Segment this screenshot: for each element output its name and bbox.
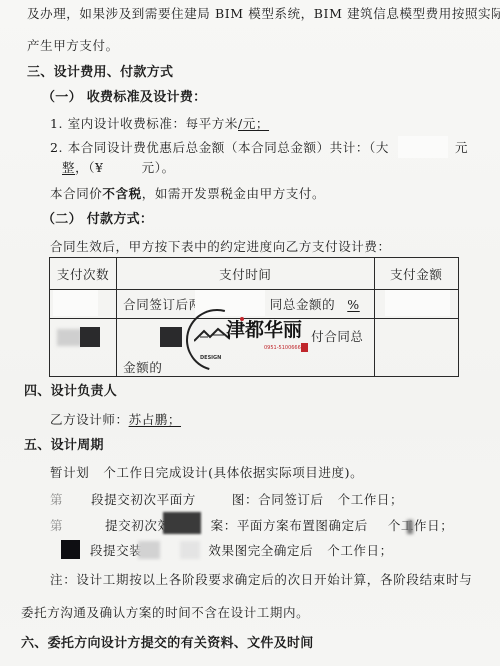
redaction-stage3-num: [61, 540, 80, 559]
total-amount-zheng: 整: [62, 160, 75, 175]
total-amount-cont: 整，（¥元）。: [62, 160, 175, 176]
redaction-row2-count-blur: [57, 329, 82, 346]
redaction-stage3-blur2: [180, 541, 200, 559]
redaction-stage3-blur: [138, 541, 160, 559]
header-payment-count: 支付次数: [50, 258, 117, 290]
row1-time-c: %: [347, 297, 359, 312]
section-5-heading: 五、设计周期: [24, 438, 104, 454]
schedule-plan-b: 个工作日完成设计(具体依据实际项目进度)。: [103, 465, 363, 480]
stage2-c: 案：平面方案布置图确定后: [211, 518, 368, 533]
section-3-heading: 三、设计费用、付款方式: [27, 65, 173, 81]
fee-standard-item: 1. 室内设计收费标准：每平方米/元；: [50, 116, 269, 132]
watermark-design-label: DESIGN: [200, 355, 221, 361]
stage3-d: 个工作日；: [327, 543, 393, 558]
schedule-plan: 暂计划个工作日完成设计(具体依据实际项目进度)。: [50, 465, 363, 481]
stage2-a: 第: [50, 518, 63, 533]
redaction-row2-count: [80, 327, 100, 347]
header-payment-amount: 支付金额: [374, 258, 458, 290]
fee-standard-unit: /元；: [238, 116, 269, 131]
watermark-seal-icon: [301, 343, 308, 352]
stage1-d: 个工作日；: [338, 492, 404, 507]
tax-note-bold: 不含税: [102, 186, 141, 201]
schedule-plan-a: 暂计划: [50, 465, 89, 480]
total-amount-yen: ，（¥: [75, 160, 104, 175]
stage2-d: 个工作日；: [388, 518, 454, 533]
row2-amount: [374, 319, 458, 377]
designer-label: 乙方设计师：: [50, 412, 129, 427]
paragraph-bim-cost-cont: 产生甲方支付。: [27, 38, 119, 54]
total-amount-item: 2. 本合同设计费优惠后总金额（本合同总金额）共计：（大: [50, 140, 389, 156]
subsection-fee-standard-heading: （一） 收费标准及设计费：: [42, 90, 206, 106]
watermark-brand: 津都华丽: [226, 315, 302, 342]
payment-intro: 合同生效后，甲方按下表中的约定进度向乙方支付设计费：: [50, 239, 391, 255]
schedule-stage-1: 第段提交初次平面方图：合同签订后个工作日；: [50, 492, 403, 508]
tax-note: 本合同价不含税，如需开发票税金由甲方支付。: [50, 186, 325, 202]
watermark-phone: 0951-5100666: [264, 345, 301, 351]
stage2-b: 提交初次效: [105, 518, 171, 533]
redaction-stage2-days: [407, 520, 413, 534]
stage3-b: 段提交装: [90, 543, 142, 558]
roof-icon: [194, 327, 230, 343]
redaction-row2-time: [160, 327, 182, 347]
schedule-stage-2: 第提交初次效案：平面方案布置图确定后个工作日；: [50, 518, 453, 534]
document-page: 及办理，如果涉及到需要住建局 BIM 模型系统，BIM 建筑信息模型费用按照实际…: [0, 0, 500, 666]
watermark-logo: 津都华丽 DESIGN 0951-5100666: [186, 309, 326, 371]
redaction-stage2: [163, 512, 201, 534]
total-amount-yuan-close: 元）。: [142, 160, 175, 175]
schedule-note-cont: 委托方沟通及确认方案的时间不含在设计工期内。: [21, 605, 309, 621]
paragraph-bim-cost: 及办理，如果涉及到需要住建局 BIM 模型系统，BIM 建筑信息模型费用按照实际: [27, 6, 500, 22]
designer-line: 乙方设计师：苏占鹏；: [50, 412, 181, 428]
schedule-note: 注：设计工期按以上各阶段要求确定后的次日开始计算，各阶段结束时与: [50, 572, 472, 588]
total-amount-text: 2. 本合同设计费优惠后总金额（本合同总金额）共计：（大: [50, 140, 389, 155]
designer-name: 苏占鹏；: [129, 412, 181, 427]
stage3-c: 效果图完全确定后: [208, 543, 313, 558]
header-payment-time: 支付时间: [117, 258, 374, 290]
subsection-payment-heading: （二） 付款方式：: [42, 212, 153, 228]
redaction-amount-words: [398, 136, 448, 158]
redaction-row1-count: [53, 290, 98, 316]
total-amount-yuan: 元: [455, 140, 468, 156]
fee-standard-text: 1. 室内设计收费标准：每平方米: [50, 116, 238, 131]
tax-note-prefix: 本合同价: [50, 186, 102, 201]
redaction-row1-amount: [385, 290, 450, 316]
section-6-heading: 六、委托方向设计方提交的有关资料、文件及时间: [21, 636, 314, 652]
stage1-b: 段提交初次平面方: [91, 492, 196, 507]
stage1-a: 第: [50, 492, 63, 507]
tax-note-suffix: ，如需开发票税金由甲方支付。: [142, 186, 325, 201]
stage1-c: 图：合同签订后: [232, 492, 324, 507]
schedule-stage-3: 段提交装效果图完全确定后个工作日；: [50, 543, 393, 559]
section-4-heading: 四、设计负责人: [24, 384, 117, 400]
table-header-row: 支付次数 支付时间 支付金额: [50, 258, 459, 290]
